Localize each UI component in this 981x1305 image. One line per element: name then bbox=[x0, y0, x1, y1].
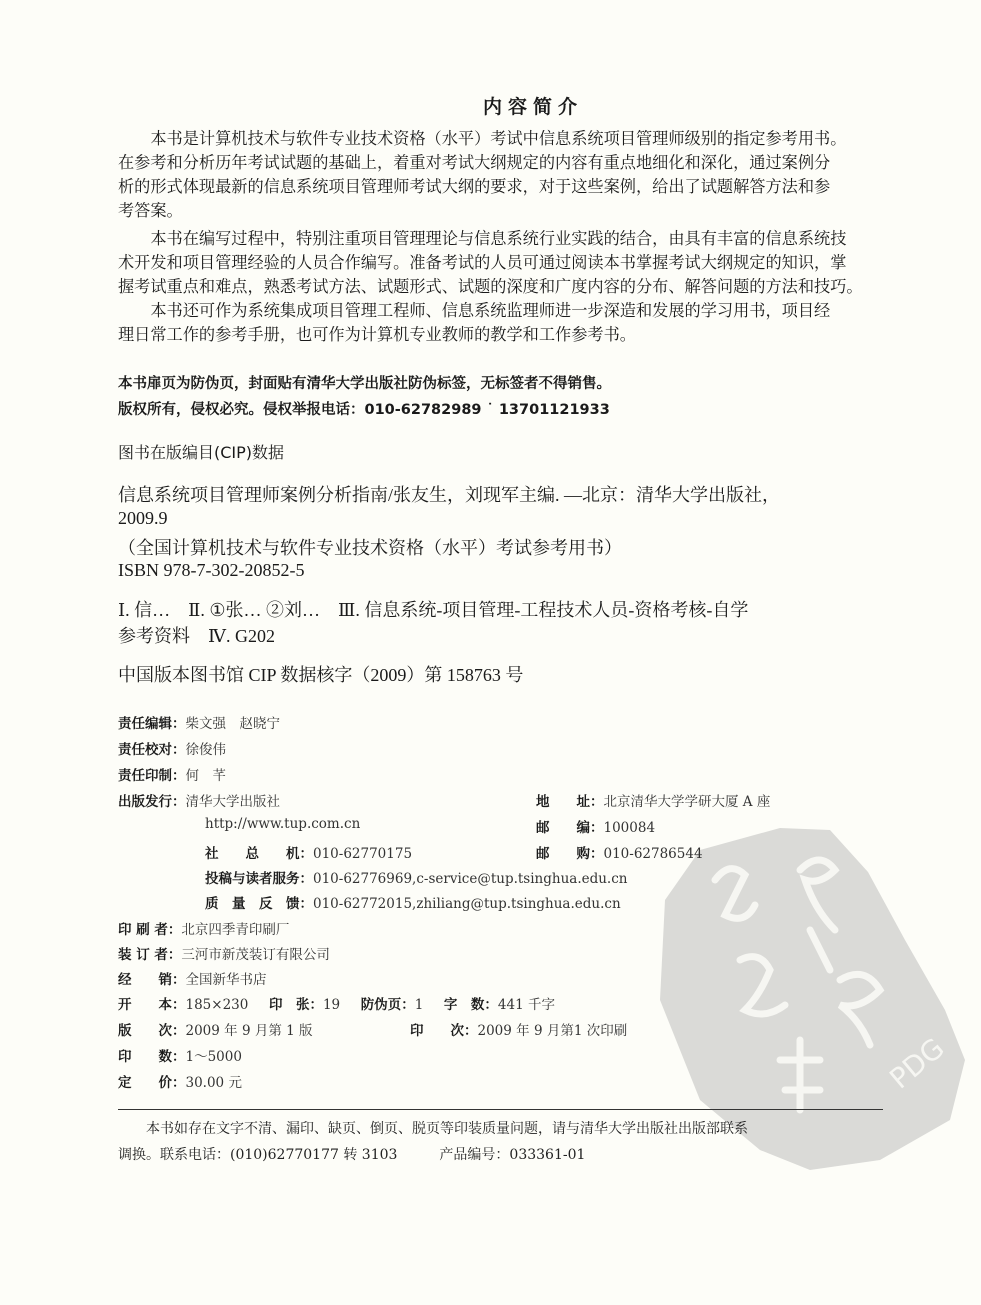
publisher-mailorder: 邮 购：010-62786544 bbox=[536, 842, 703, 862]
cip-line: 2009.9 bbox=[118, 508, 168, 529]
credit-editor: 责任编辑：柴文强 赵晓宁 bbox=[118, 712, 280, 732]
cip-line: 信息系统项目管理师案例分析指南/张友生，刘现军主编. —北京：清华大学出版社， bbox=[118, 481, 780, 507]
credit-printing-manager: 责任印制：何 芊 bbox=[118, 764, 226, 784]
cip-isbn: ISBN 978-7-302-20852-5 bbox=[118, 560, 305, 581]
printer: 印 刷 者：北京四季青印刷厂 bbox=[118, 918, 289, 938]
intro-line: 本书在编写过程中，特别注重项目管理理论与信息系统行业实践的结合，由具有丰富的信息… bbox=[118, 228, 846, 250]
publisher-postcode: 邮 编：100084 bbox=[536, 816, 655, 836]
footer-line: 调换。联系电话：(010)62770177 转 3103 产品编号：033361… bbox=[118, 1144, 585, 1164]
cip-approval: 中国版本图书馆 CIP 数据核字（2009）第 158763 号 bbox=[118, 661, 523, 687]
intro-line: 术开发和项目管理经验的人员合作编写。准备考试的人员可通过阅读本书掌握考试大纲规定… bbox=[118, 252, 846, 274]
publisher-address: 地 址：北京清华大学学研大厦 A 座 bbox=[536, 790, 770, 810]
print-run: 印 数：1～5000 bbox=[118, 1045, 242, 1065]
anti-counterfeit-notice: 本书扉页为防伪页，封面贴有清华大学出版社防伪标签，无标签者不得销售。 bbox=[118, 372, 611, 393]
publisher-url: http://www.tup.com.cn bbox=[205, 816, 360, 832]
credit-proofreader: 责任校对：徐俊伟 bbox=[118, 738, 226, 758]
intro-line: 本书是计算机技术与软件专业技术资格（水平）考试中信息系统项目管理师级别的指定参考… bbox=[118, 128, 846, 150]
copyright-notice: 版权所有，侵权必究。侵权举报电话：010-62782989 ˙ 13701121… bbox=[118, 398, 610, 419]
price: 定 价：30.00 元 bbox=[118, 1071, 242, 1091]
publisher-service: 投稿与读者服务：010-62776969,c-service@tup.tsing… bbox=[205, 867, 627, 887]
intro-line: 握考试重点和难点，熟悉考试方法、试题形式、试题的深度和广度内容的分布、解答问题的… bbox=[118, 276, 863, 298]
publisher-feedback: 质 量 反 馈：010-62772015,zhiliang@tup.tsingh… bbox=[205, 892, 621, 912]
intro-line: 在参考和分析历年考试试题的基础上，着重对考试大纲规定的内容有重点地细化和深化，通… bbox=[118, 152, 830, 174]
credit-publisher: 出版发行：清华大学出版社 bbox=[118, 790, 280, 810]
intro-line: 本书还可作为系统集成项目管理工程师、信息系统监理师进一步深造和发展的学习用书，项… bbox=[118, 300, 830, 322]
publisher-switchboard: 社 总 机：010-62770175 bbox=[205, 842, 412, 862]
intro-line: 理日常工作的参考手册，也可作为计算机专业教师的教学和工作参考书。 bbox=[118, 324, 636, 346]
printing: 印 次：2009 年 9 月第1 次印刷 bbox=[410, 1019, 627, 1039]
intro-line: 析的形式体现最新的信息系统项目管理师考试大纲的要求，对于这些案例，给出了试题解答… bbox=[118, 176, 830, 198]
intro-line: 考答案。 bbox=[118, 200, 183, 222]
edition: 版 次：2009 年 9 月第 1 版 bbox=[118, 1019, 313, 1039]
distributor: 经 销：全国新华书店 bbox=[118, 968, 267, 988]
binder: 装 订 者：三河市新茂装订有限公司 bbox=[118, 943, 330, 963]
cip-heading: 图书在版编目(CIP)数据 bbox=[118, 440, 284, 463]
footer-line: 本书如存在文字不清、漏印、缺页、倒页、脱页等印装质量问题，请与清华大学出版社出版… bbox=[118, 1118, 748, 1138]
footer-divider bbox=[118, 1109, 883, 1110]
cip-line: （全国计算机技术与软件专业技术资格（水平）考试参考用书） bbox=[118, 534, 622, 560]
cip-classification: 参考资料 Ⅳ. G202 bbox=[118, 622, 275, 648]
svg-text:PDG: PDG bbox=[883, 1031, 950, 1095]
page-title: 内容简介 bbox=[0, 92, 981, 119]
format-specs: 开 本：185×230 印 张：19 防伪页：1 字 数：441 千字 bbox=[118, 993, 555, 1013]
cip-classification: Ⅰ. 信… Ⅱ. ①张… ②刘… Ⅲ. 信息系统-项目管理-工程技术人员-资格考… bbox=[118, 596, 748, 622]
